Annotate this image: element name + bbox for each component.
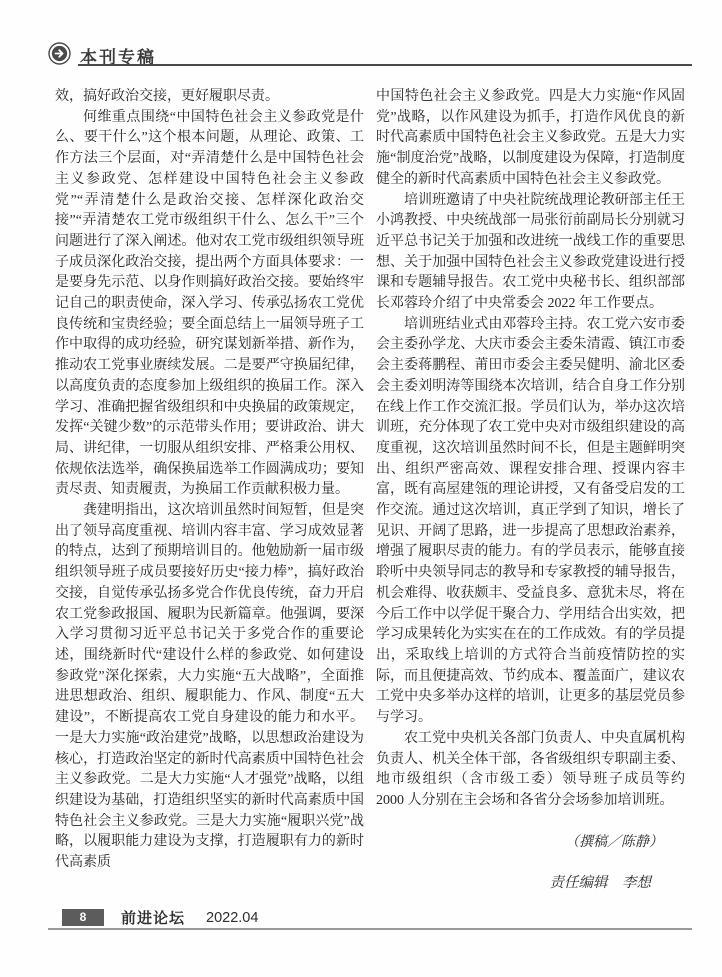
article-paragraph: 培训班邀请了中央社院统战理论教研部主任王小鸿教授、中央统战部一局张衍前副局长分别… <box>376 191 685 315</box>
article-paragraph: 农工党中央机关各部门负责人、中央直属机构负责人、机关全体干部，各省级组织专职副主… <box>376 729 685 812</box>
journal-page: 本刊专稿 效，搞好政治交接，更好履职尽责。 何维重点围绕“中国特色社会主义参政党… <box>0 0 722 977</box>
issue-number: 2022.04 <box>206 910 258 926</box>
arrow-circle-icon <box>48 42 71 65</box>
article-body: 效，搞好政治交接，更好履职尽责。 何维重点围绕“中国特色社会主义参政党是什么、要… <box>55 87 685 894</box>
article-paragraph: 龚建明指出，这次培训虽然时间短暂，但是突出了领导高度重视、培训内容丰富、学习成效… <box>55 501 364 874</box>
author-byline: （撰稿／陈静） <box>376 833 685 854</box>
article-paragraph: 培训班结业式由邓蓉玲主持。农工党六安市委会主委孙学龙、大庆市委会主委朱清霞、镇江… <box>376 315 685 729</box>
left-column: 效，搞好政治交接，更好履职尽责。 何维重点围绕“中国特色社会主义参政党是什么、要… <box>55 87 364 894</box>
article-paragraph: 何维重点围绕“中国特色社会主义参政党是什么、要干什么”这个根本问题，从理论、政策… <box>55 108 364 501</box>
page-number-badge: 8 <box>62 909 104 926</box>
article-paragraph: 中国特色社会主义参政党。四是大力实施“作风固党”战略，以作风建设为抓手，打造作风… <box>376 87 685 191</box>
article-paragraph: 效，搞好政治交接，更好履职尽责。 <box>55 87 364 108</box>
responsible-editor: 责任编辑 李想 <box>376 873 685 894</box>
header-divider <box>78 64 692 66</box>
right-column: 中国特色社会主义参政党。四是大力实施“作风固党”战略，以作风建设为抓手，打造作风… <box>376 87 685 894</box>
footer-divider <box>48 928 692 930</box>
page-footer: 8 前进论坛 2022.04 <box>48 907 692 927</box>
journal-name: 前进论坛 <box>121 907 185 928</box>
